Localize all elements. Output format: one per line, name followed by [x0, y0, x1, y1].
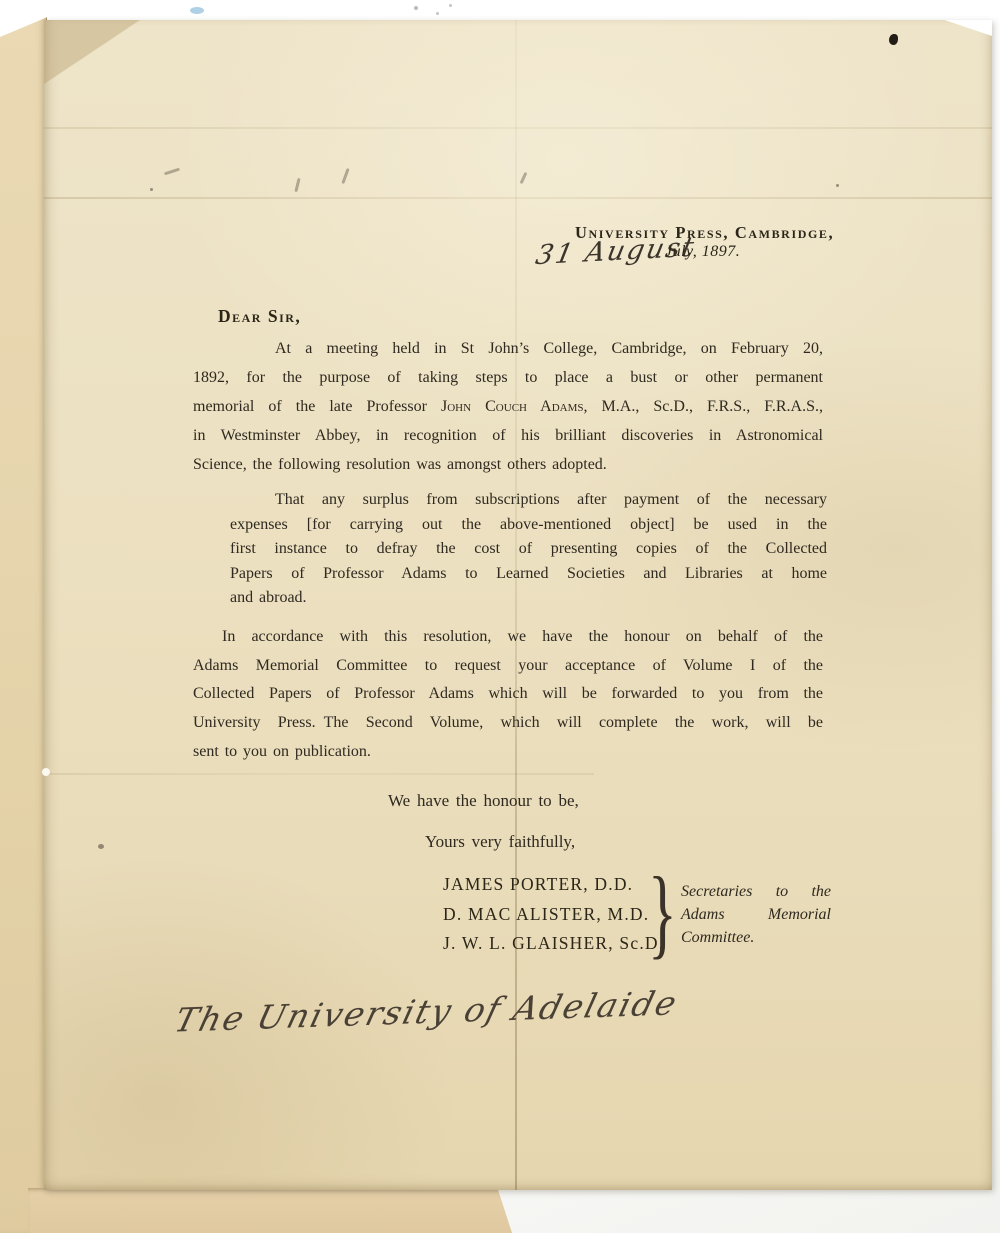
text-line: sent to you on publication. [193, 738, 823, 767]
signatory-name: JAMES PORTER, D.D. [443, 870, 664, 900]
text-line: first instance to defray the cost of pre… [230, 537, 827, 562]
text-line: memorial of the late Professor John Couc… [193, 392, 823, 421]
printed-date: July, 1897. [665, 243, 740, 261]
person-name: John Couch Adams [441, 398, 583, 415]
paper-speck [98, 844, 104, 849]
signatory-names: JAMES PORTER, D.D. D. MAC ALISTER, M.D. … [443, 870, 664, 959]
pencil-mark [164, 168, 180, 176]
fold-crease-horizontal [44, 127, 992, 129]
text-line: expenses [for carrying out the above-men… [230, 513, 827, 538]
corner-fold [44, 20, 140, 84]
closing-line-1: We have the honour to be, [388, 791, 579, 811]
signatory-name: J. W. L. GLAISHER, Sc.D. [443, 929, 664, 959]
text-line: Collected Papers of Professor Adams whic… [193, 680, 823, 709]
text-line: At a meeting held in St John’s College, … [193, 334, 823, 363]
text-line: That any surplus from subscriptions afte… [230, 488, 827, 513]
pencil-mark [294, 178, 300, 192]
role-line: Committee. [681, 927, 831, 950]
paragraph-3: In accordance with this resolution, we h… [193, 623, 823, 767]
brace-glyph: } [648, 862, 677, 963]
pencil-mark [341, 168, 349, 184]
fold-crease-horizontal [44, 773, 594, 775]
role-line: Adams Memorial [681, 904, 831, 927]
left-sheet-edge [0, 0, 47, 1233]
pencil-mark [520, 172, 528, 184]
paragraph-1: At a meeting held in St John’s College, … [193, 334, 823, 479]
clipped-corner [934, 20, 992, 36]
text-line: in Westminster Abbey, in recognition of … [193, 421, 823, 450]
ink-spot [889, 34, 898, 45]
text-line: Papers of Professor Adams to Learned Soc… [230, 562, 827, 587]
role-line: Secretaries to the [681, 881, 831, 904]
text-line: 1892, for the purpose of taking steps to… [193, 363, 823, 392]
dust-speck [414, 6, 418, 10]
text-segment: memorial of the late Professor [193, 398, 441, 415]
pinhole [42, 768, 50, 776]
letter-page: University Press, Cambridge, 31 August J… [44, 20, 992, 1190]
recipient-annotation: The University of Adelaide [171, 983, 683, 1039]
dust-speck [436, 12, 439, 15]
dust-speck [150, 188, 153, 191]
second-page-edge [28, 1188, 512, 1233]
signatory-name: D. MAC ALISTER, M.D. [443, 900, 664, 930]
closing-line-2: Yours very faithfully, [425, 832, 575, 852]
dust-speck [449, 4, 452, 7]
text-line: In accordance with this resolution, we h… [193, 623, 823, 652]
text-line: and abroad. [230, 586, 827, 611]
secretaries-note: Secretaries to the Adams Memorial Commit… [681, 881, 831, 949]
blue-mark [190, 7, 204, 14]
dust-speck [836, 184, 839, 187]
fold-crease-horizontal [44, 197, 992, 199]
text-line: Science, the following resolution was am… [193, 450, 823, 479]
salutation: Dear Sir, [218, 306, 301, 327]
text-segment: , M.A., Sc.D., F.R.S., F.R.A.S., [584, 398, 824, 415]
text-line: Adams Memorial Committee to request your… [193, 652, 823, 681]
text-line: University Press. The Second Volume, whi… [193, 709, 823, 738]
resolution-quote: That any surplus from subscriptions afte… [230, 488, 827, 611]
